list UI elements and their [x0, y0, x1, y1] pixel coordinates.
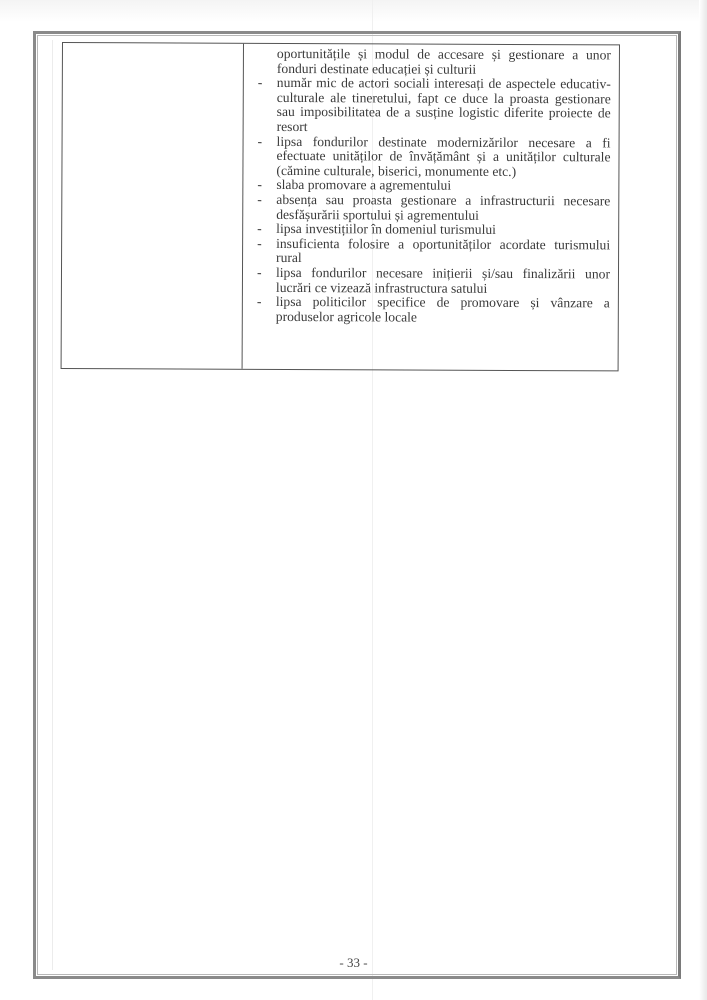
- bullet-dash: -: [257, 222, 262, 237]
- scan-edge: [699, 0, 707, 1000]
- bullet-dash: -: [257, 295, 262, 310]
- weaknesses-table: oportunitățile și modul de accesare și g…: [61, 42, 620, 371]
- table-right-cell: oportunitățile și modul de accesare și g…: [243, 44, 619, 371]
- list-item-text: lipsa politicilor specifice de promovare…: [276, 295, 610, 326]
- list-item: -număr mic de actori sociali interesați …: [244, 76, 611, 136]
- bullet-dash: -: [257, 193, 262, 208]
- bullet-dash: -: [257, 237, 262, 252]
- list-item-text: lipsa fondurilor necesare inițierii și/s…: [276, 266, 610, 297]
- list-item-text: lipsa fondurilor destinate modernizărilo…: [276, 134, 610, 179]
- list-item: -insuficienta folosire a oportunităților…: [243, 237, 610, 268]
- scan-shade: [0, 0, 707, 22]
- list-item: -lipsa fondurilor destinate modernizăril…: [243, 134, 610, 179]
- bullet-dash: -: [257, 178, 262, 193]
- page-number: - 33 -: [0, 955, 707, 971]
- table-left-cell: [62, 43, 244, 369]
- list-item: -lipsa fondurilor necesare inițierii și/…: [243, 266, 610, 297]
- list-item-text: oportunitățile și modul de accesare și g…: [277, 47, 611, 78]
- bullet-dash: -: [258, 76, 263, 91]
- list-item: -lipsa politicilor specifice de promovar…: [243, 295, 610, 326]
- list-item-text: insuficienta folosire a oportunităților …: [276, 237, 610, 268]
- bullet-dash: -: [257, 266, 262, 281]
- bullet-dash: -: [258, 134, 263, 149]
- list-item-text: număr mic de actori sociali interesați d…: [277, 76, 611, 136]
- list-item-continuation: oportunitățile și modul de accesare și g…: [244, 47, 611, 78]
- list-item: -absența sau proasta gestionare a infras…: [243, 193, 610, 224]
- list-item-text: absența sau proasta gestionare a infrast…: [276, 193, 610, 224]
